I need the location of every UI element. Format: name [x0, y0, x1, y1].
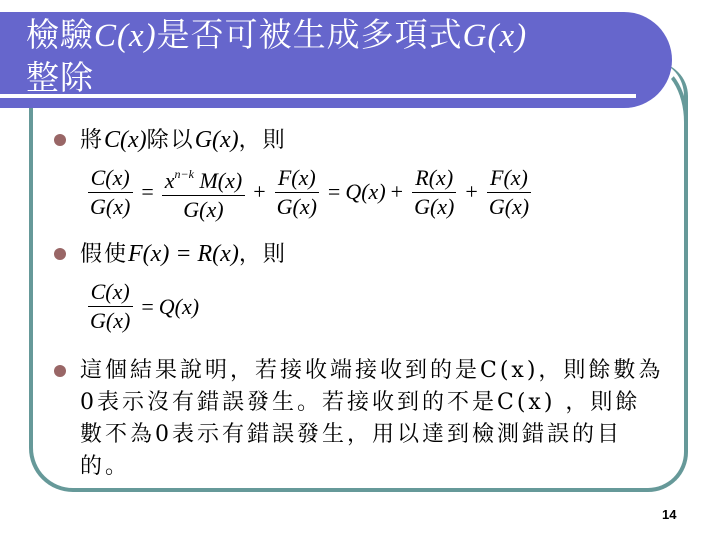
plus-sign: +	[391, 179, 403, 205]
equals-sign: =	[141, 294, 153, 320]
plus-sign: +	[253, 179, 265, 205]
quotient-q-of-x: Q(x)	[345, 179, 385, 205]
bullet-1-var-g: G(x)	[195, 127, 239, 153]
title-line2: 整除	[26, 58, 94, 97]
fraction-r-over-g: R(x) G(x)	[411, 164, 457, 221]
fraction-f-over-g: F(x) G(x)	[486, 164, 532, 221]
equals-sign: =	[328, 179, 340, 205]
denominator: G(x)	[411, 193, 457, 221]
denominator: G(x)	[87, 193, 133, 221]
denominator: G(x)	[486, 193, 532, 221]
bullet-1-suffix: ，則	[239, 128, 287, 153]
bullet-text: 假使F(x) = R(x)，則	[80, 238, 287, 271]
bullet-item-3: 這個結果說明，若接收端接收到的是C(x)，則餘數為0表示沒有錯誤發生。若接收到的…	[54, 355, 664, 483]
bullet-1-var-c: C(x)	[104, 127, 147, 153]
slide-title: 檢驗C(x)是否可被生成多項式G(x) 整除	[26, 14, 646, 99]
bullet-dot-icon	[54, 365, 66, 377]
quotient-q-of-x: Q(x)	[159, 294, 199, 320]
fraction-c-over-g: C(x) G(x)	[87, 278, 133, 335]
bullet-dot-icon	[54, 248, 66, 260]
equals-sign: =	[141, 179, 153, 205]
bullet-item-1: 將C(x)除以G(x)，則	[54, 124, 287, 157]
numerator: C(x)	[88, 164, 133, 193]
bullet-2-suffix: ，則	[239, 242, 287, 267]
bullet-item-2: 假使F(x) = R(x)，則	[54, 238, 287, 271]
page-number: 14	[662, 507, 676, 522]
m-of-x: M(x)	[194, 168, 242, 193]
exponent: n−k	[175, 167, 194, 181]
denominator: G(x)	[87, 307, 133, 335]
denominator: G(x)	[180, 196, 226, 224]
formula-quotient: C(x) G(x) = Q(x)	[84, 278, 199, 335]
numerator: R(x)	[412, 164, 456, 193]
title-g-of-x: G(x)	[463, 18, 527, 54]
title-c-of-x: C(x)	[94, 18, 157, 54]
plus-sign: +	[465, 179, 477, 205]
bullet-2-equation: F(x) = R(x)	[128, 241, 239, 267]
fraction-xnk-m-over-g: xn−k M(x) G(x)	[162, 160, 245, 224]
slide: 檢驗C(x)是否可被生成多項式G(x) 整除 將C(x)除以G(x)，則 C(x…	[0, 0, 720, 540]
denominator: G(x)	[274, 193, 320, 221]
title-middle: 是否可被生成多項式	[157, 15, 463, 54]
bullet-dot-icon	[54, 134, 66, 146]
formula-division-expansion: C(x) G(x) = xn−k M(x) G(x) + F(x) G(x) =…	[84, 160, 535, 224]
fraction-c-over-g: C(x) G(x)	[87, 164, 133, 221]
x-base: x	[165, 168, 175, 193]
bullet-text: 將C(x)除以G(x)，則	[80, 124, 287, 157]
bullet-2-prefix: 假使	[80, 242, 128, 267]
bullet-text: 這個結果說明，若接收端接收到的是C(x)，則餘數為0表示沒有錯誤發生。若接收到的…	[80, 355, 664, 483]
numerator: F(x)	[487, 164, 531, 193]
numerator: xn−k M(x)	[162, 160, 245, 196]
bullet-1-middle: 除以	[147, 128, 195, 153]
bullet-1-prefix: 將	[80, 128, 104, 153]
numerator: C(x)	[88, 278, 133, 307]
numerator: F(x)	[275, 164, 319, 193]
fraction-f-over-g: F(x) G(x)	[274, 164, 320, 221]
title-prefix: 檢驗	[26, 15, 94, 54]
